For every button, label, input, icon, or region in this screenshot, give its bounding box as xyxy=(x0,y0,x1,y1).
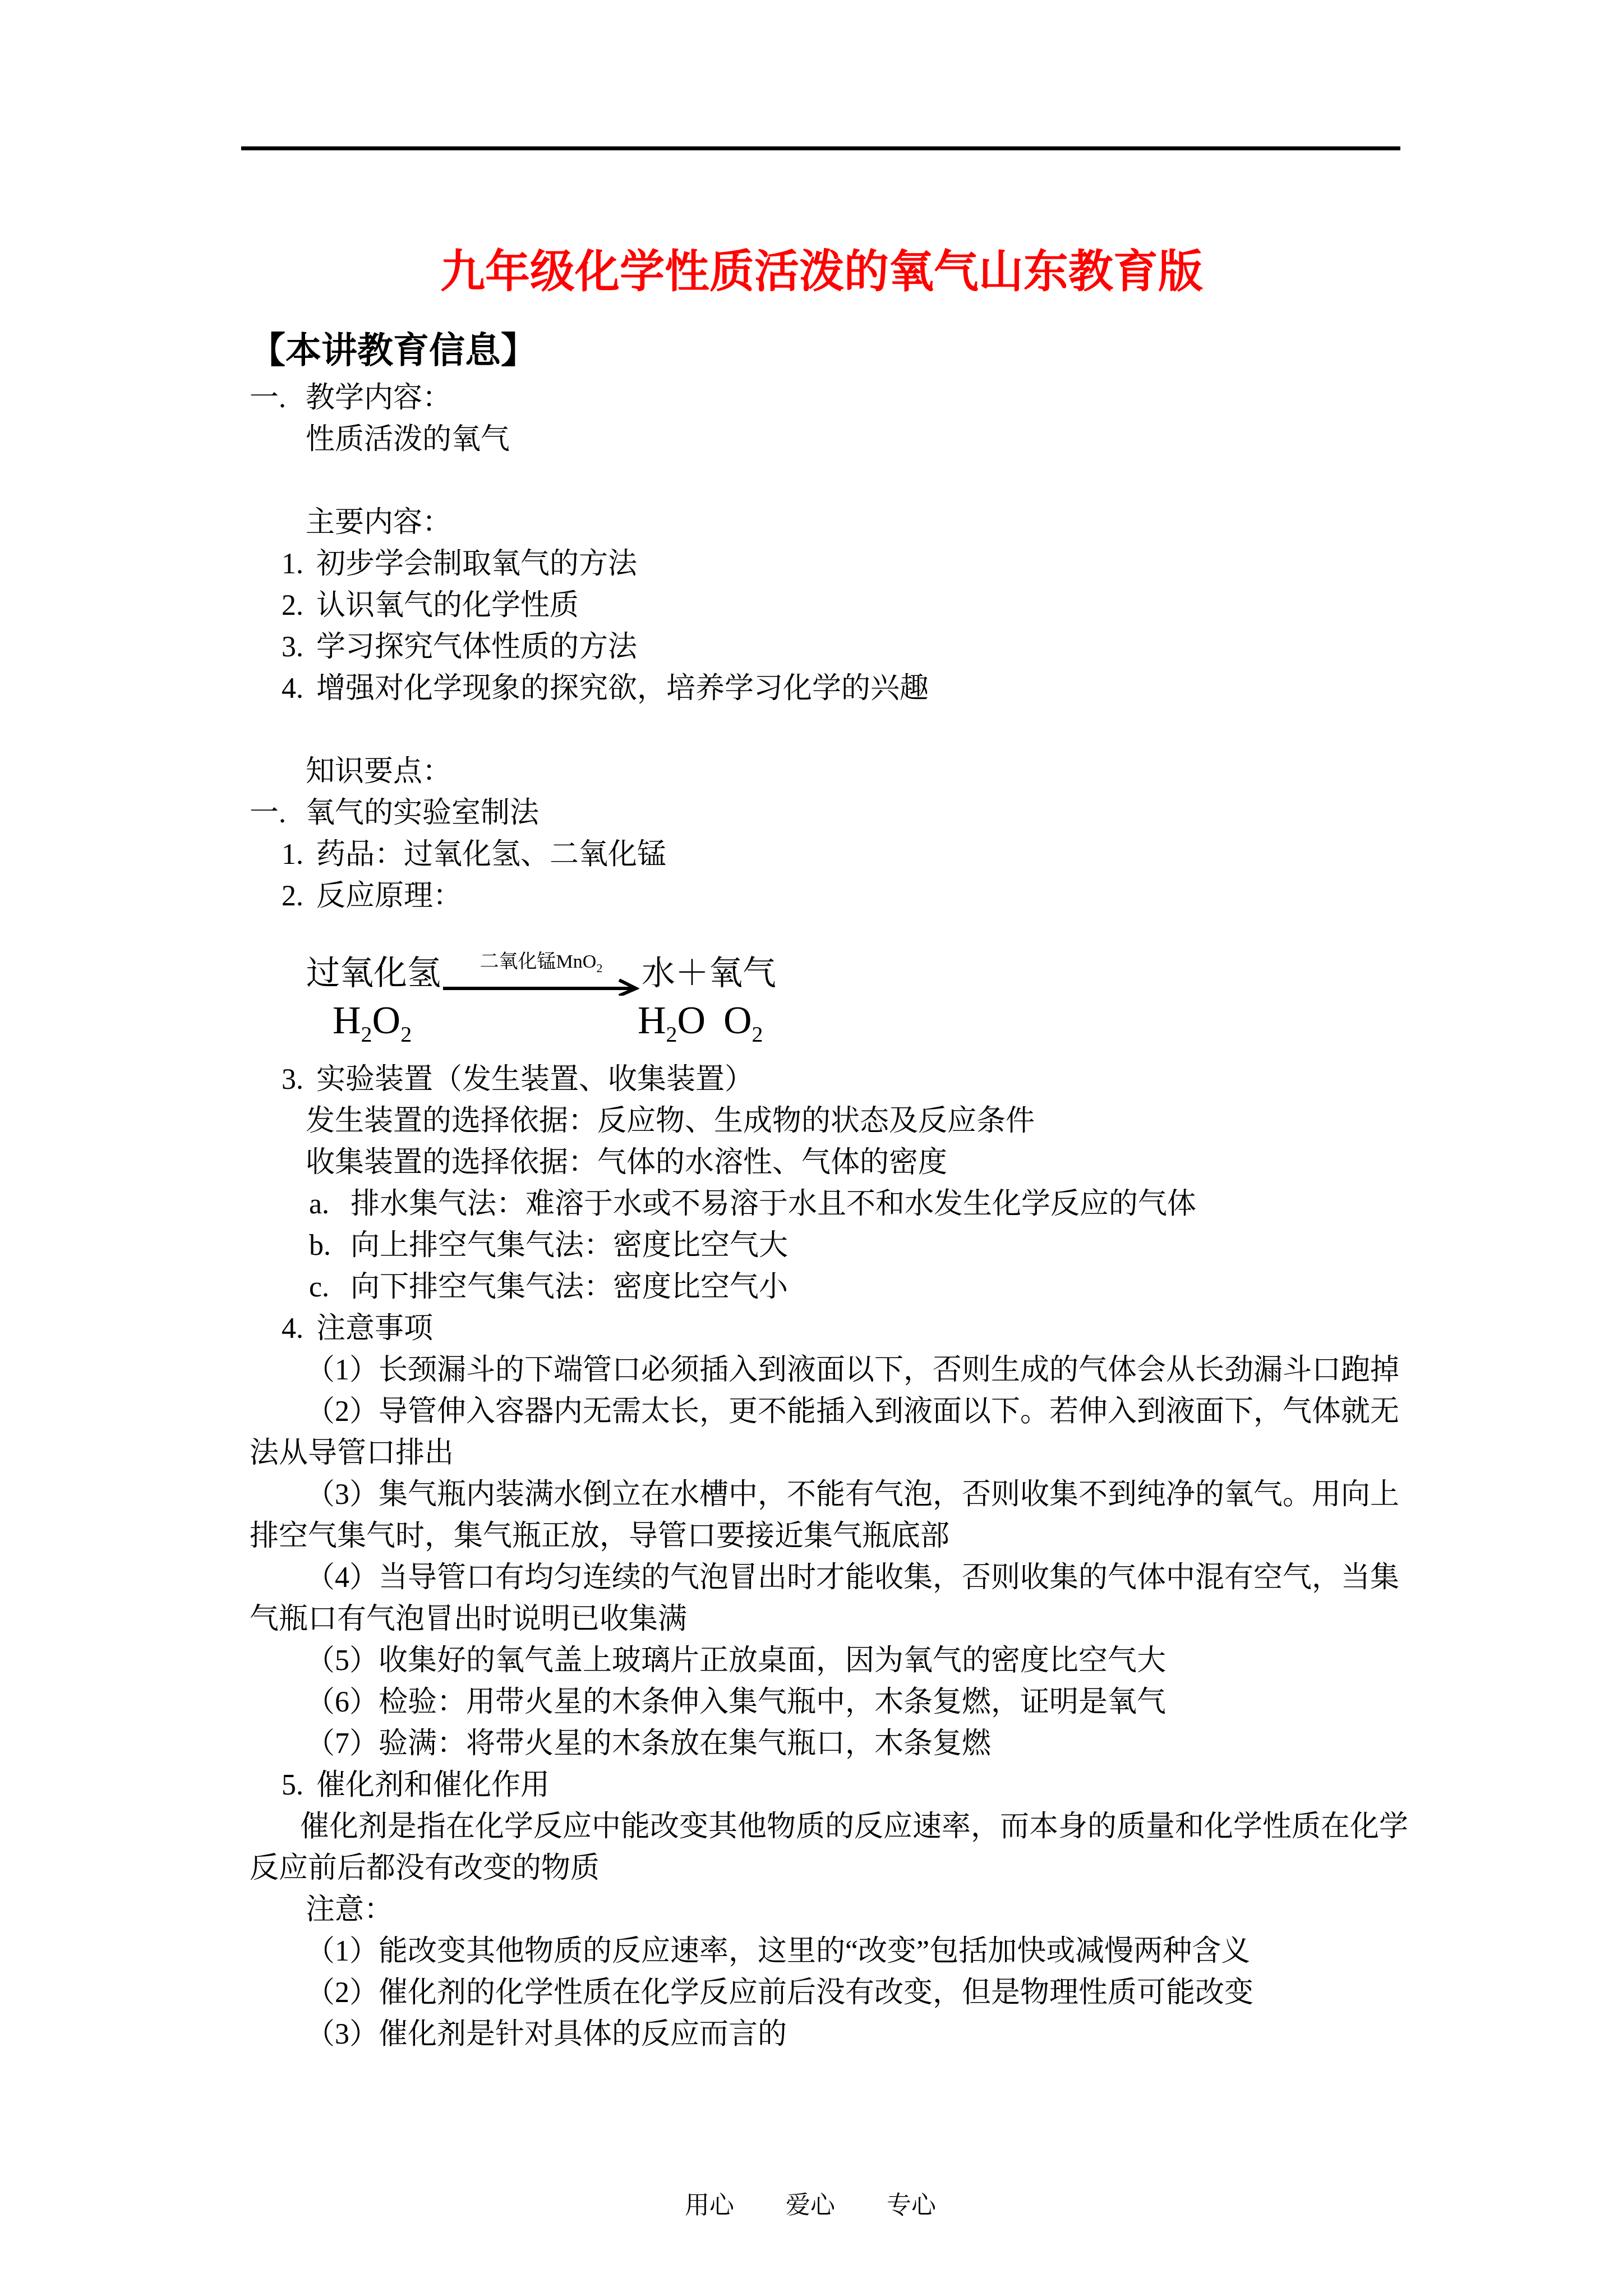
list-item: 3. 实验装置（发生装置、收集装置） xyxy=(250,1059,1410,1101)
page-footer: 用心 爱心 专心 xyxy=(250,2185,1410,2226)
note-label: 注意： xyxy=(250,1889,1410,1931)
list-text: 初步学会制取氧气的方法 xyxy=(316,544,637,585)
catalyst-condition-label: 二氧化锰MnO2 xyxy=(480,951,603,979)
heading-text: 教学内容： xyxy=(306,378,451,419)
collect-method-item: a. 排水集气法：难溶于水或不易溶于水且不和水发生化学反应的气体 xyxy=(250,1184,1410,1225)
equation-reactant: 过氧化氢 xyxy=(306,948,441,999)
equation-word-line: 过氧化氢 二氧化锰MnO2 水＋氧气 xyxy=(250,948,1410,999)
caution-paragraph: （6）检验：用带火星的木条伸入集气瓶中，木条复燃，证明是氧气 xyxy=(250,1682,1410,1723)
list-letter: b. xyxy=(309,1225,351,1267)
collect-method-item: b. 向上排空气集气法：密度比空气大 xyxy=(250,1225,1410,1267)
list-letter: c. xyxy=(309,1267,351,1308)
list-letter: a. xyxy=(309,1184,351,1225)
list-number: 4. xyxy=(282,1308,316,1350)
caution-paragraph: （3）集气瓶内装满水倒立在水槽中，不能有气泡，否则收集不到纯净的氧气。用向上排空… xyxy=(250,1474,1410,1557)
list-item: 4. 增强对化学现象的探究欲，培养学习化学的兴趣 xyxy=(250,668,1410,710)
list-number: 2. xyxy=(282,585,316,627)
footer-word: 用心 xyxy=(685,2185,734,2226)
formula-o2: O2 xyxy=(723,999,763,1057)
page-title: 九年级化学性质活泼的氧气山东教育版 xyxy=(250,241,1410,303)
footer-word: 专心 xyxy=(887,2185,936,2226)
caution-paragraph: （1）长颈漏斗的下端管口必须插入到液面以下，否则生成的气体会从长劲漏斗口跑掉 xyxy=(250,1350,1410,1391)
list-text: 增强对化学现象的探究欲，培养学习化学的兴趣 xyxy=(316,668,929,710)
document-content: 九年级化学性质活泼的氧气山东教育版 【本讲教育信息】 一. 教学内容： 性质活泼… xyxy=(250,0,1410,2226)
list-item: 5. 催化剂和催化作用 xyxy=(250,1765,1410,1806)
formula-h2o2: H2O2 xyxy=(333,999,412,1057)
note-item: （1）能改变其他物质的反应速率，这里的“改变”包括加快或减慢两种含义 xyxy=(250,1931,1410,1972)
heading-text: 氧气的实验室制法 xyxy=(306,793,539,834)
list-text: 向上排空气集气法：密度比空气大 xyxy=(351,1225,788,1267)
list-number: 1. xyxy=(282,544,316,585)
reaction-arrow: 二氧化锰MnO2 xyxy=(443,951,639,996)
list-number: 5. xyxy=(282,1765,316,1806)
list-text: 反应原理： xyxy=(316,876,462,917)
teaching-content-heading: 一. 教学内容： xyxy=(250,378,1410,419)
list-text: 催化剂和催化作用 xyxy=(316,1765,550,1806)
list-item: 2. 反应原理： xyxy=(250,876,1410,917)
list-item: 1. 初步学会制取氧气的方法 xyxy=(250,544,1410,585)
list-item: 4. 注意事项 xyxy=(250,1308,1410,1350)
teaching-content-body: 性质活泼的氧气 xyxy=(250,419,1410,461)
chemical-equation-block: 过氧化氢 二氧化锰MnO2 水＋氧气 H2O2 H2O O2 xyxy=(250,948,1410,1043)
heading-number: 一. xyxy=(250,378,306,419)
list-text: 向下排空气集气法：密度比空气小 xyxy=(351,1267,788,1308)
arrow-icon xyxy=(443,979,639,996)
list-item: 2. 认识氧气的化学性质 xyxy=(250,585,1410,627)
list-number: 3. xyxy=(282,1059,316,1101)
device-basis-line: 收集装置的选择依据：气体的水溶性、气体的密度 xyxy=(250,1142,1410,1184)
equation-formula-line: H2O2 H2O O2 xyxy=(250,999,1410,1043)
caution-paragraph: （2）导管伸入容器内无需太长，更不能插入到液面以下。若伸入到液面下，气体就无法从… xyxy=(250,1391,1410,1474)
heading-number: 一. xyxy=(250,793,306,834)
caution-paragraph: （7）验满：将带火星的木条放在集气瓶口，木条复燃 xyxy=(250,1723,1410,1765)
knowledge-section-heading: 一. 氧气的实验室制法 xyxy=(250,793,1410,834)
caution-paragraph: （4）当导管口有均匀连续的气泡冒出时才能收集，否则收集的气体中混有空气，当集气瓶… xyxy=(250,1557,1410,1640)
note-item: （3）催化剂是针对具体的反应而言的 xyxy=(250,2014,1410,2055)
equation-products: 水＋氧气 xyxy=(642,948,776,999)
list-text: 学习探究气体性质的方法 xyxy=(316,627,637,668)
formula-h2o: H2O xyxy=(638,999,706,1057)
caution-paragraph: （5）收集好的氧气盖上玻璃片正放桌面，因为氧气的密度比空气大 xyxy=(250,1640,1410,1682)
list-number: 1. xyxy=(282,834,316,876)
list-number: 3. xyxy=(282,627,316,668)
note-item: （2）催化剂的化学性质在化学反应前后没有改变，但是物理性质可能改变 xyxy=(250,1972,1410,2014)
list-text: 注意事项 xyxy=(316,1308,433,1350)
list-item: 1. 药品：过氧化氢、二氧化锰 xyxy=(250,834,1410,876)
knowledge-points-label: 知识要点： xyxy=(250,751,1410,793)
list-item: 3. 学习探究气体性质的方法 xyxy=(250,627,1410,668)
list-text: 药品：过氧化氢、二氧化锰 xyxy=(316,834,666,876)
list-text: 认识氧气的化学性质 xyxy=(316,585,579,627)
main-content-label: 主要内容： xyxy=(250,502,1410,544)
catalyst-definition: 催化剂是指在化学反应中能改变其他物质的反应速率，而本身的质量和化学性质在化学反应… xyxy=(250,1806,1410,1889)
device-basis-line: 发生装置的选择依据：反应物、生成物的状态及反应条件 xyxy=(250,1101,1410,1142)
list-number: 4. xyxy=(282,668,316,710)
list-number: 2. xyxy=(282,876,316,917)
document-page: 九年级化学性质活泼的氧气山东教育版 【本讲教育信息】 一. 教学内容： 性质活泼… xyxy=(0,0,1623,2296)
footer-word: 爱心 xyxy=(786,2185,835,2226)
collect-method-item: c. 向下排空气集气法：密度比空气小 xyxy=(250,1267,1410,1308)
list-text: 排水集气法：难溶于水或不易溶于水且不和水发生化学反应的气体 xyxy=(351,1184,1196,1225)
section-header: 【本讲教育信息】 xyxy=(250,328,1410,373)
list-text: 实验装置（发生装置、收集装置） xyxy=(316,1059,754,1101)
